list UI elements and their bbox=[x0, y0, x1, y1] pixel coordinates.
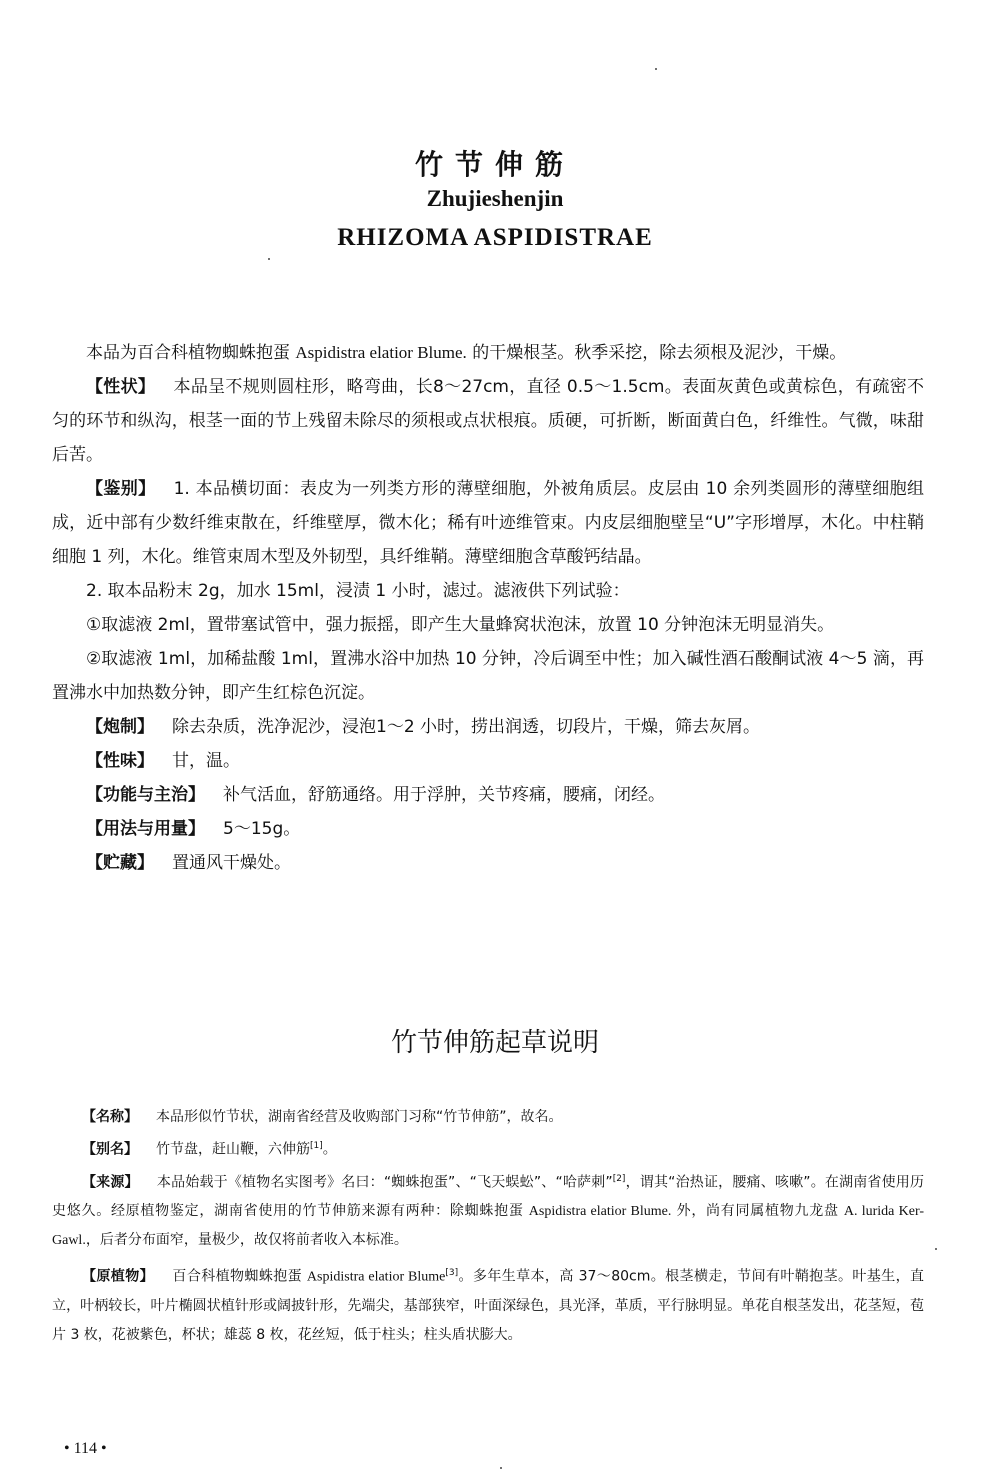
scan-speck bbox=[655, 68, 657, 70]
section-text: 本品呈不规则圆柱形，略弯曲，长8～27cm，直径 0.5～1.5cm。表面灰黄色… bbox=[52, 377, 924, 465]
section-text: 百合科植物蜘蛛抱蛋 bbox=[172, 1269, 307, 1285]
note-original-plant: 【原植物】百合科植物蜘蛛抱蛋 Aspidistra elatior Blume[… bbox=[52, 1259, 924, 1350]
reference-marker: [1] bbox=[310, 1141, 323, 1151]
section-text: 甘，温。 bbox=[172, 751, 240, 771]
species-latin-name: Aspidistra elatior Blume. bbox=[295, 343, 466, 362]
section-text: 1. 本品横切面：表皮为一列类方形的薄壁细胞，外被角质层。皮层由 10 余列类圆… bbox=[52, 479, 924, 567]
section-label: 【炮制】 bbox=[86, 717, 154, 737]
section-text: 除去杂质，洗净泥沙，浸泡1～2 小时，捞出润透，切段片，干燥，筛去灰屑。 bbox=[172, 717, 760, 737]
test-item-1: ①取滤液 2ml，置带塞试管中，强力振摇，即产生大量蜂窝状泡沫，放置 10 分钟… bbox=[52, 608, 924, 642]
section-text: 本品形似竹节状，湖南省经营及收购部门习称“竹节伸筋”，故名。 bbox=[156, 1109, 563, 1125]
reference-marker: [2] bbox=[613, 1174, 626, 1184]
section-label: 【性状】 bbox=[86, 377, 155, 397]
intro-text: 本品为百合科植物蜘蛛抱蛋 bbox=[86, 343, 295, 363]
section-text: 竹节盘，赶山鞭，六伸筋 bbox=[156, 1142, 310, 1158]
section-text: 本品始载于《植物名实图考》名曰：“蜘蛛抱蛋”、“飞天蜈蚣”、“哈萨刺” bbox=[157, 1174, 613, 1190]
drafting-notes-body: 【名称】本品形似竹节状，湖南省经营及收购部门习称“竹节伸筋”，故名。 【别名】竹… bbox=[52, 1103, 924, 1350]
section-text: ，后者分布面窄，量极少，故仅将前者收入本标准。 bbox=[86, 1232, 408, 1248]
species-latin-name: Aspidistra elatior Blume bbox=[307, 1270, 445, 1285]
scan-speck bbox=[268, 258, 270, 260]
note-name: 【名称】本品形似竹节状，湖南省经营及收购部门习称“竹节伸筋”，故名。 bbox=[52, 1103, 924, 1132]
section-label: 【来源】 bbox=[82, 1174, 139, 1190]
section-label: 【性味】 bbox=[86, 751, 154, 771]
section-label: 【原植物】 bbox=[82, 1269, 154, 1285]
reference-marker: [3] bbox=[445, 1268, 458, 1278]
intro-text-cont: 的干燥根茎。秋季采挖，除去须根及泥沙，干燥。 bbox=[467, 343, 846, 363]
section-label: 【名称】 bbox=[82, 1109, 138, 1125]
monograph-title-chinese: 竹节伸筋 bbox=[0, 143, 990, 183]
section-label: 【鉴别】 bbox=[86, 479, 156, 499]
species-latin-name: Aspidistra elatior Blume. bbox=[529, 1204, 672, 1219]
section-label: 【功能与主治】 bbox=[86, 785, 205, 805]
section-text: 补气活血，舒筋通络。用于浮肿，关节疼痛，腰痛，闭经。 bbox=[223, 785, 665, 805]
scan-speck bbox=[935, 1248, 937, 1250]
section-processing: 【炮制】除去杂质，洗净泥沙，浸泡1～2 小时，捞出润透，切段片，干燥，筛去灰屑。 bbox=[52, 710, 924, 744]
section-property-flavor: 【性味】甘，温。 bbox=[52, 744, 924, 778]
section-text: 外，尚有同属植物九龙盘 bbox=[671, 1203, 843, 1219]
punctuation: 。 bbox=[323, 1142, 337, 1158]
section-usage-dosage: 【用法与用量】5～15g。 bbox=[52, 812, 924, 846]
section-label: 【贮藏】 bbox=[86, 853, 154, 873]
test-item-2: ②取滤液 1ml，加稀盐酸 1ml，置沸水浴中加热 10 分钟，冷后调至中性；加… bbox=[52, 642, 924, 710]
scan-speck bbox=[500, 1467, 502, 1469]
note-alias: 【别名】竹节盘，赶山鞭，六伸筋[1]。 bbox=[52, 1132, 924, 1165]
page-number: • 114 • bbox=[64, 1440, 107, 1458]
section-text: 置通风干燥处。 bbox=[172, 853, 291, 873]
monograph-title-pinyin: Zhujieshenjin bbox=[0, 186, 990, 212]
section-description: 【性状】本品呈不规则圆柱形，略弯曲，长8～27cm，直径 0.5～1.5cm。表… bbox=[52, 370, 924, 472]
drafting-notes-title: 竹节伸筋起草说明 bbox=[0, 1022, 990, 1059]
section-label: 【用法与用量】 bbox=[86, 819, 205, 839]
section-storage: 【贮藏】置通风干燥处。 bbox=[52, 846, 924, 880]
section-function-indication: 【功能与主治】补气活血，舒筋通络。用于浮肿，关节疼痛，腰痛，闭经。 bbox=[52, 778, 924, 812]
monograph-body: 本品为百合科植物蜘蛛抱蛋 Aspidistra elatior Blume. 的… bbox=[52, 336, 924, 880]
identification-item-2: 2. 取本品粉末 2g，加水 15ml，浸渍 1 小时，滤过。滤液供下列试验： bbox=[52, 574, 924, 608]
note-source: 【来源】本品始载于《植物名实图考》名曰：“蜘蛛抱蛋”、“飞天蜈蚣”、“哈萨刺”[… bbox=[52, 1165, 924, 1256]
section-identification: 【鉴别】1. 本品横切面：表皮为一列类方形的薄壁细胞，外被角质层。皮层由 10 … bbox=[52, 472, 924, 574]
intro-paragraph: 本品为百合科植物蜘蛛抱蛋 Aspidistra elatior Blume. 的… bbox=[52, 336, 924, 370]
section-text: 5～15g。 bbox=[223, 819, 300, 839]
section-label: 【别名】 bbox=[82, 1142, 138, 1158]
monograph-title-latin: RHIZOMA ASPIDISTRAE bbox=[0, 224, 990, 252]
